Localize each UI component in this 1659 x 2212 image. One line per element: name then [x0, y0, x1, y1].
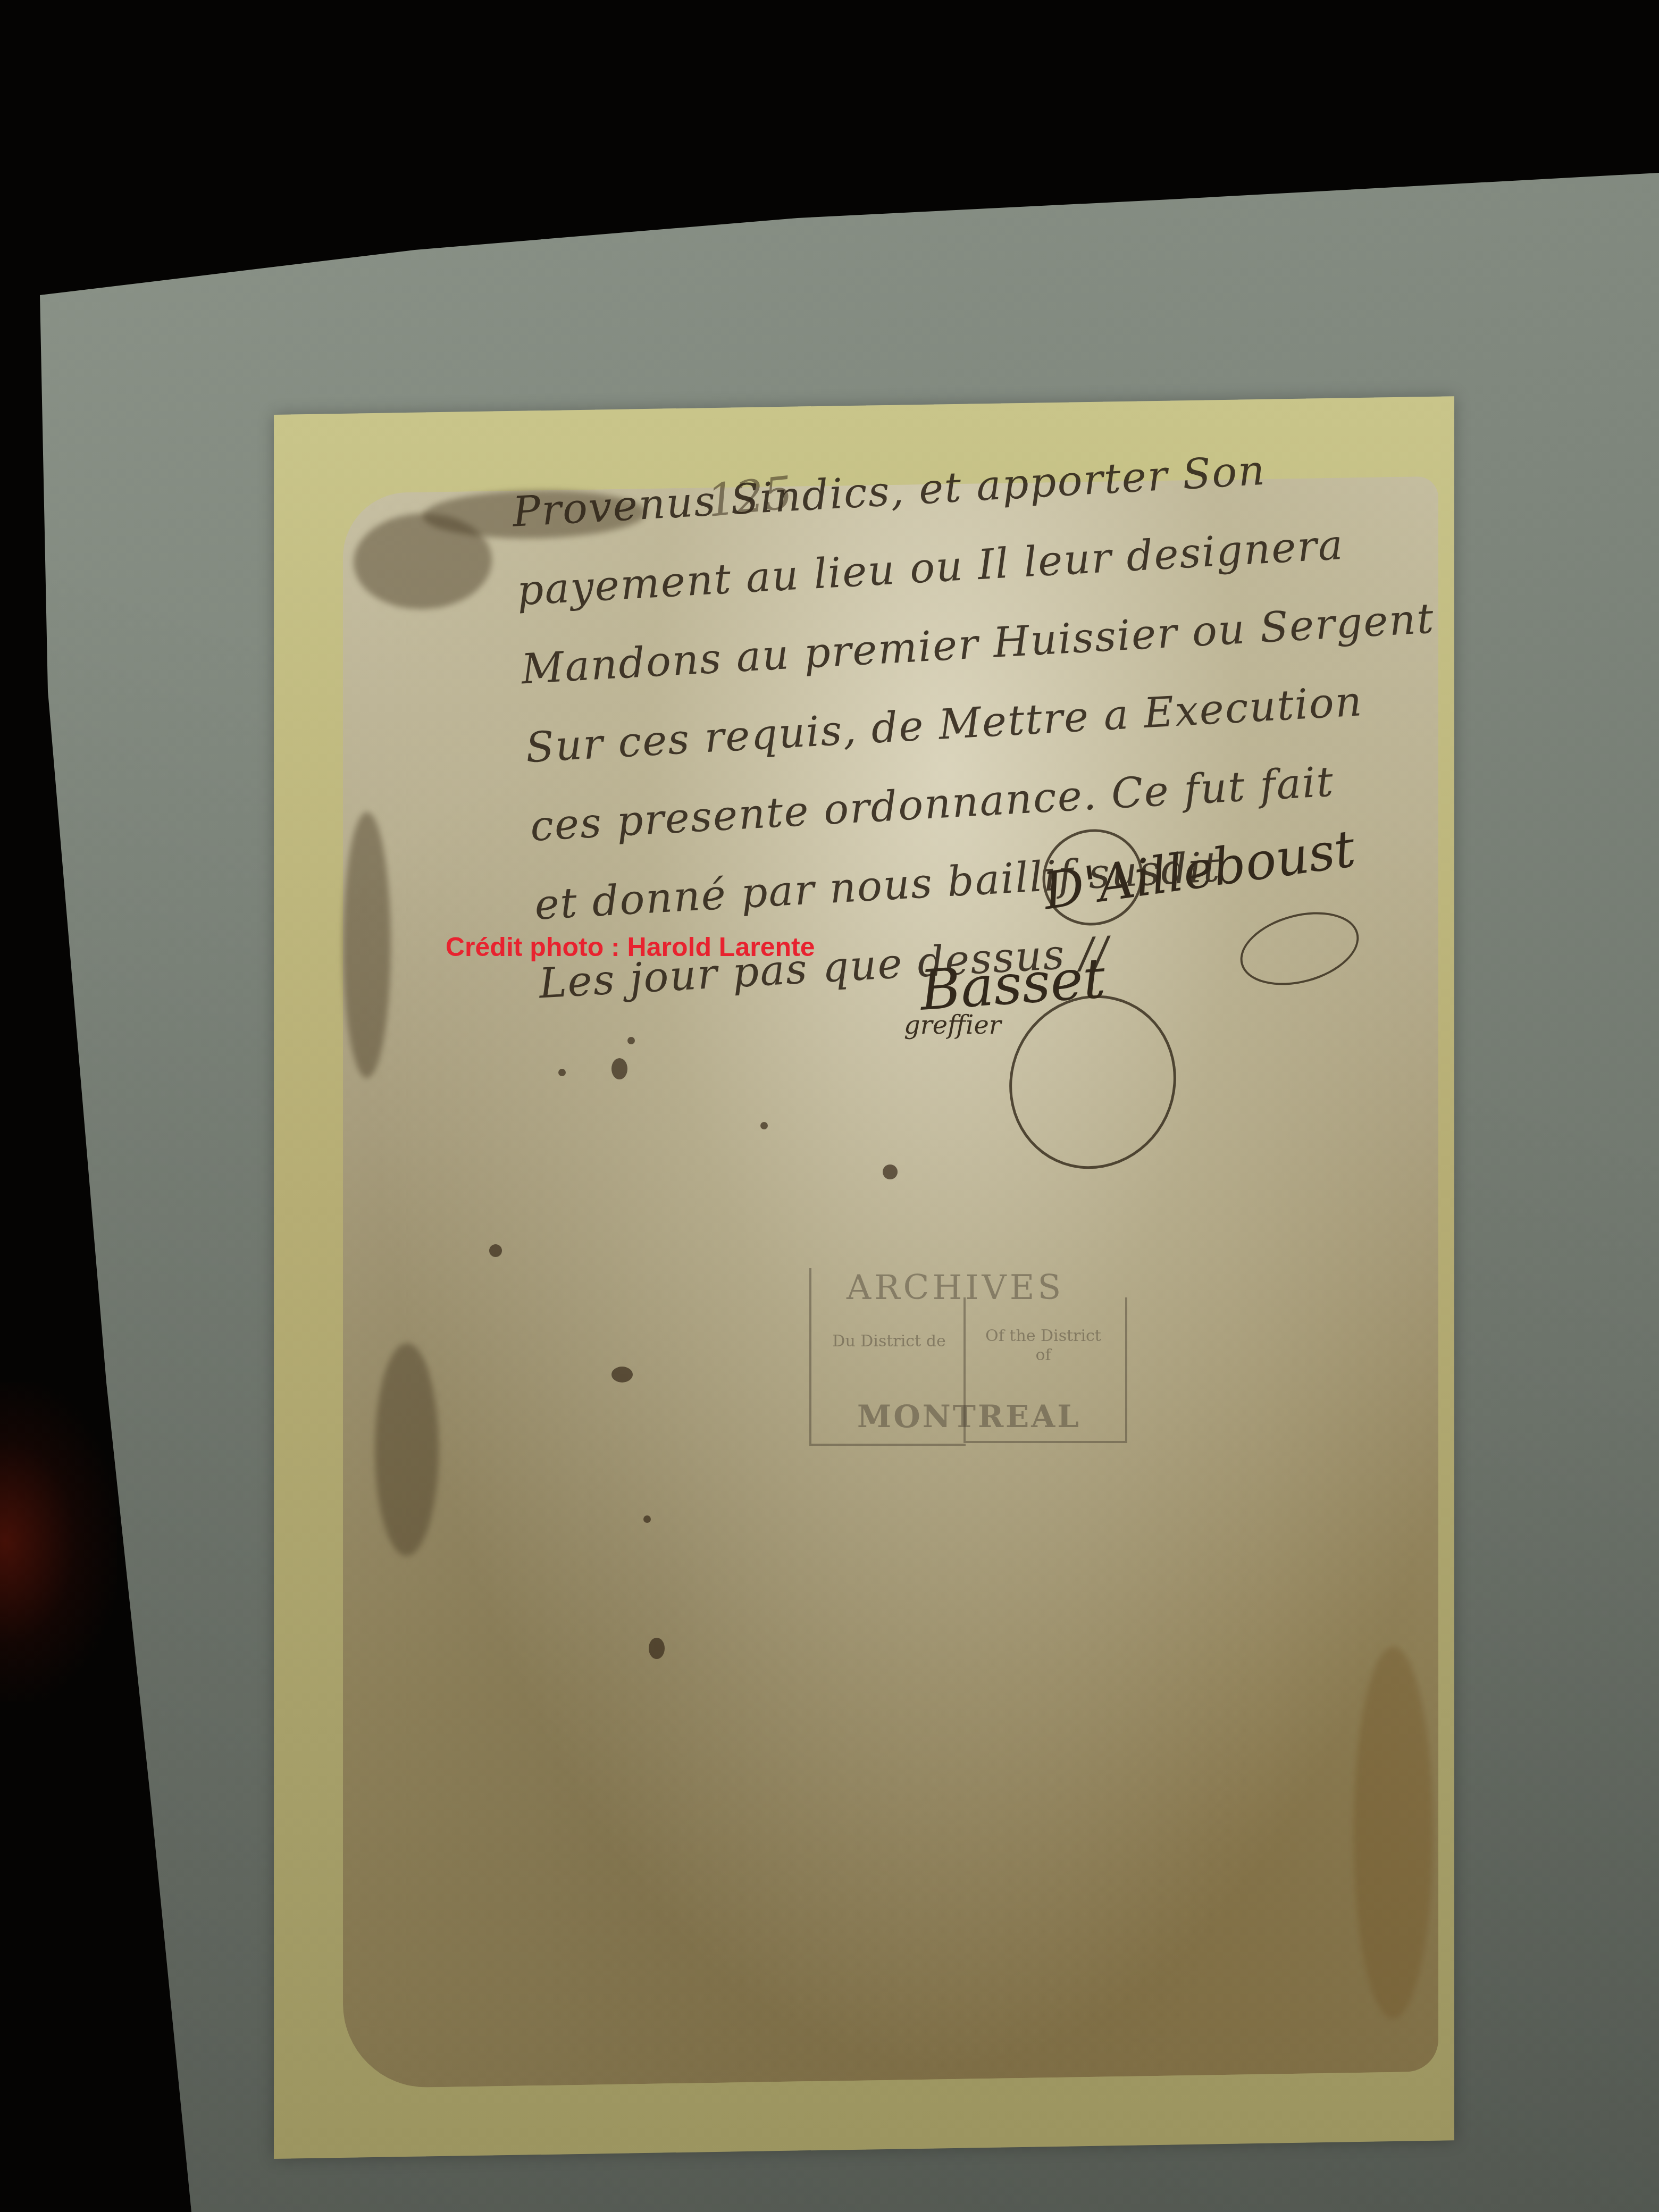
speck — [611, 1058, 627, 1079]
speck — [627, 1037, 635, 1044]
speck — [643, 1515, 651, 1523]
signature-title-greffier: greffier — [904, 1010, 1001, 1040]
stamp-title: ARCHIVES — [847, 1268, 1064, 1308]
speck — [611, 1367, 633, 1382]
speck — [883, 1164, 898, 1179]
red-light-glow — [0, 1382, 117, 1702]
stamp-city: MONTREAL — [857, 1398, 1081, 1435]
stain — [343, 812, 391, 1078]
stain — [1353, 1646, 1433, 2020]
speck — [558, 1069, 566, 1076]
speck — [489, 1244, 502, 1257]
photo-credit-watermark: Crédit photo : Harold Larente — [446, 932, 815, 962]
speck — [649, 1638, 665, 1659]
stain — [375, 1343, 439, 1556]
stamp-english-line: Of the District of — [979, 1327, 1107, 1365]
stamp-french-line: Du District de — [831, 1332, 948, 1351]
speck — [760, 1122, 768, 1129]
archives-stamp: ARCHIVES Du District de Of the District … — [809, 1268, 1123, 1444]
